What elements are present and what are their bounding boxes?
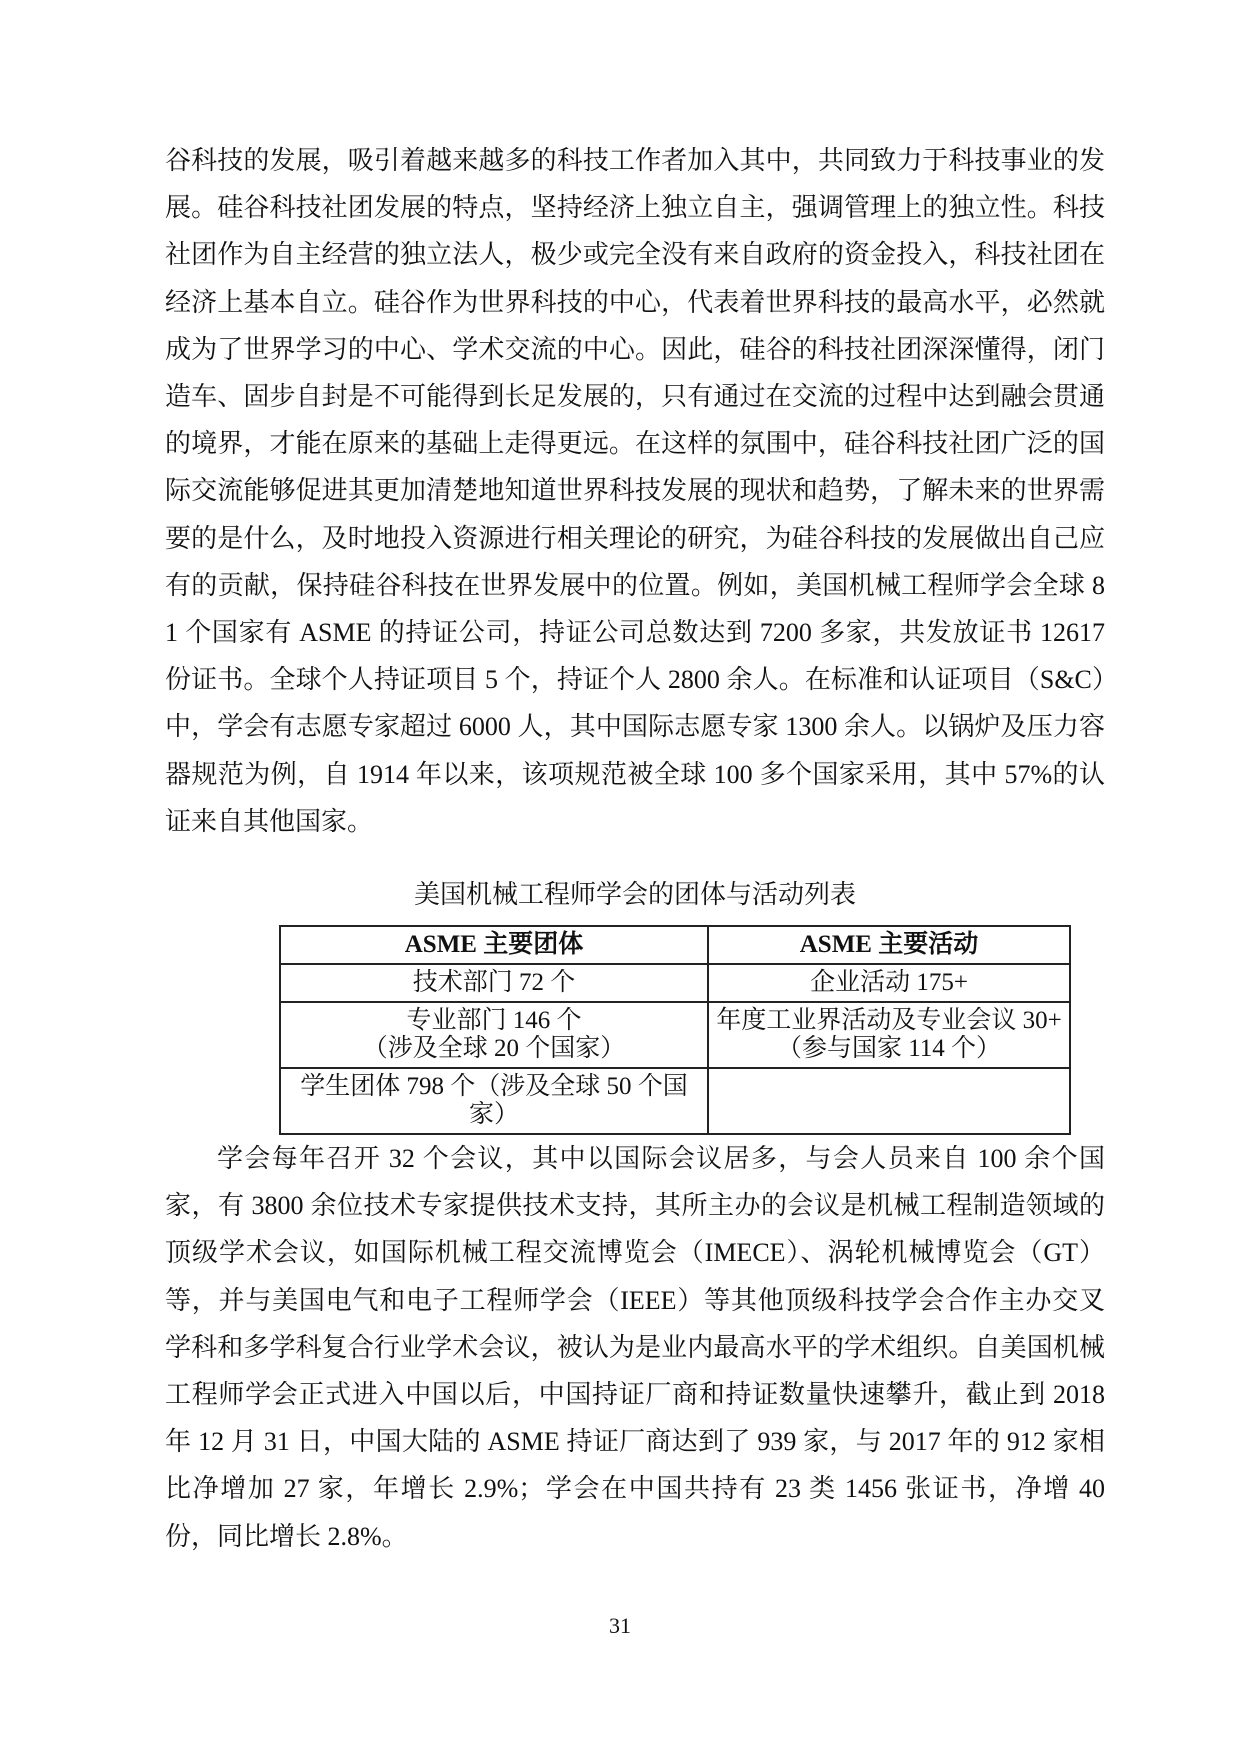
asme-groups-activities-table: ASME 主要团体 ASME 主要活动 技术部门 72 个 企业活动 175+ … xyxy=(279,925,1071,1135)
table-cell: 年度工业界活动及专业会议 30+ （参与国家 114 个） xyxy=(708,1002,1070,1068)
cell-line: 企业活动 175+ xyxy=(715,969,1063,997)
table-cell: 学生团体 798 个（涉及全球 50 个国家） xyxy=(280,1068,708,1134)
table-cell: 企业活动 175+ xyxy=(708,964,1070,1002)
page-content: 谷科技的发展，吸引着越来越多的科技工作者加入其中，共同致力于科技事业的发展。硅谷… xyxy=(165,137,1105,1560)
table-cell: 技术部门 72 个 xyxy=(280,964,708,1002)
table-row: 专业部门 146 个 （涉及全球 20 个国家） 年度工业界活动及专业会议 30… xyxy=(280,1002,1070,1068)
cell-line: （参与国家 114 个） xyxy=(715,1035,1063,1063)
table-row: 技术部门 72 个 企业活动 175+ xyxy=(280,964,1070,1002)
table-row: 学生团体 798 个（涉及全球 50 个国家） xyxy=(280,1068,1070,1134)
table-header-row: ASME 主要团体 ASME 主要活动 xyxy=(280,926,1070,964)
table-cell: 专业部门 146 个 （涉及全球 20 个国家） xyxy=(280,1002,708,1068)
cell-line: 学生团体 798 个（涉及全球 50 个国家） xyxy=(287,1073,701,1129)
table-cell-empty xyxy=(708,1068,1070,1134)
paragraph-asme-china: 学会每年召开 32 个会议，其中以国际会议居多，与会人员来自 100 余个国家，… xyxy=(165,1135,1105,1560)
cell-line: 年度工业界活动及专业会议 30+ xyxy=(715,1007,1063,1035)
header-cell-activities: ASME 主要活动 xyxy=(708,926,1070,964)
cell-line: 技术部门 72 个 xyxy=(287,969,701,997)
cell-line: （涉及全球 20 个国家） xyxy=(287,1035,701,1063)
document-page: 谷科技的发展，吸引着越来越多的科技工作者加入其中，共同致力于科技事业的发展。硅谷… xyxy=(0,0,1240,1753)
page-number: 31 xyxy=(0,1612,1240,1640)
header-cell-groups: ASME 主要团体 xyxy=(280,926,708,964)
table-caption: 美国机械工程师学会的团体与活动列表 xyxy=(165,875,1105,915)
cell-line: 专业部门 146 个 xyxy=(287,1007,701,1035)
paragraph-silicon-valley: 谷科技的发展，吸引着越来越多的科技工作者加入其中，共同致力于科技事业的发展。硅谷… xyxy=(165,137,1105,845)
